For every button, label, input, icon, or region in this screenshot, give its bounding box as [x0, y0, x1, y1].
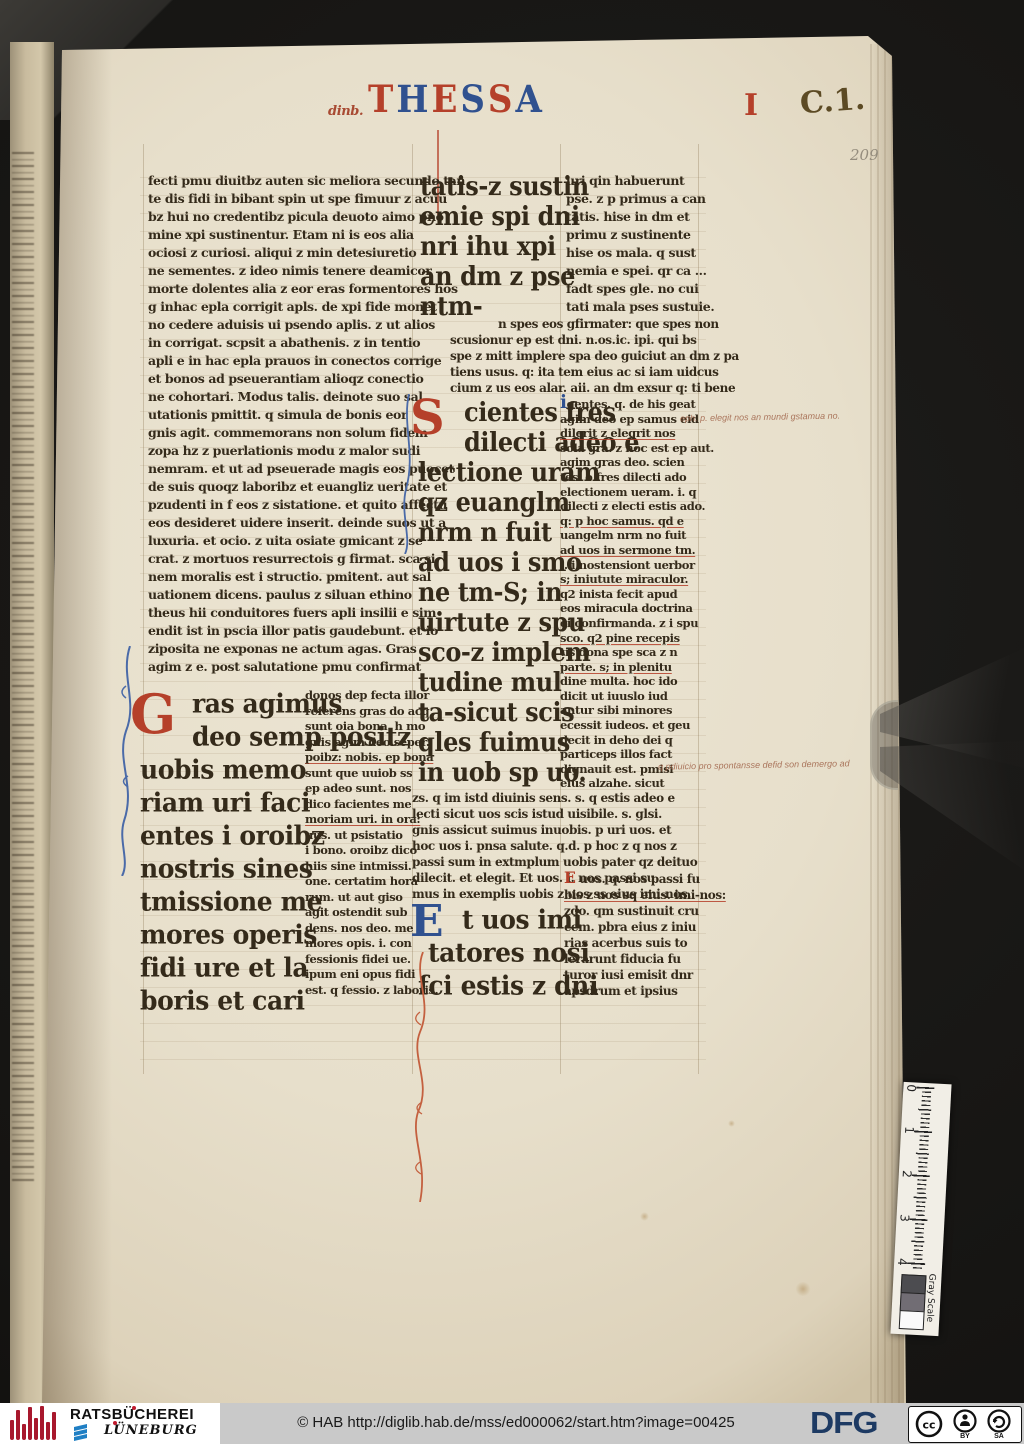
- logo-pipe-icon: [10, 1420, 14, 1440]
- library-logo: RATSBÜCHEREI LÜNEBURG: [0, 1403, 220, 1444]
- facing-page-text-fragments: [12, 152, 34, 1182]
- text-line: ne sementes. z ideo nimis tenere deamico…: [148, 262, 416, 280]
- text-line: uobis memo: [140, 752, 320, 787]
- open-book-icon: [74, 1424, 100, 1441]
- text-line: s; iniutute miraculor.: [560, 572, 710, 587]
- text-line: ne tm-S; in: [418, 576, 578, 608]
- text-line: one. certatim hora: [305, 874, 425, 890]
- text-line: dens. nos deo. me: [305, 921, 425, 937]
- folio-number-pencil: 209: [850, 146, 879, 164]
- text-line: poibz: nobis. ep bona: [305, 750, 425, 766]
- text-line: donos dep fecta illor: [305, 688, 425, 704]
- chapter-numeral: I: [744, 88, 758, 123]
- grayscale-label: Gray Scale: [924, 1273, 937, 1322]
- text-line: tes. o fres dilecti ado: [560, 470, 710, 485]
- dfg-logo: DFG: [810, 1405, 877, 1441]
- text-line: ras agimus: [140, 686, 320, 721]
- text-line: utationis pmittit. q simula de bonis eor: [148, 406, 416, 424]
- text-line: et bonos ad pseuerantiam alioqz conectio: [148, 370, 416, 388]
- text-line: turor iusi emisit dnr: [564, 967, 719, 983]
- text-line: igentes. q. de his geat: [560, 396, 710, 412]
- cc-by-label: BY: [953, 1433, 977, 1440]
- text-line: pzudenti in f eos z sistatione. et quito…: [148, 496, 416, 514]
- text-line: riam uri faci: [140, 785, 320, 820]
- text-line: bz hui no credentibz picula deuoto aimo …: [148, 208, 416, 226]
- foxing-spot: [640, 1212, 649, 1221]
- text-line: dicit ut iuuslo iud: [560, 689, 710, 704]
- text-line: ad uos in sermone tm.: [560, 543, 710, 558]
- text-line: morte dolentes alia z eor eras formentor…: [148, 280, 416, 298]
- logo-pipe-icon: [16, 1410, 20, 1440]
- text-line: ei confirmanda. z i spu: [560, 616, 710, 631]
- text-line: H: [396, 78, 431, 122]
- text-line: agit ostendit sub: [305, 905, 425, 921]
- library-city: LÜNEBURG: [104, 1423, 198, 1438]
- marginal-note: eph. p. elegit nos an mundi gstamua no.: [680, 411, 840, 424]
- credit-url[interactable]: © HAB http://diglib.hab.de/mss/ed000062/…: [236, 1414, 796, 1431]
- text-line: electionem ueram. i. q: [560, 485, 710, 500]
- text-line: sco. q2 pine recepis: [560, 631, 710, 646]
- text-line: emie spi dni: [420, 200, 580, 232]
- text-line: tiens usus. q: ita tem eius ac si iam ui…: [450, 364, 710, 380]
- text-line: entes i oroibz: [140, 818, 320, 853]
- blue-penwork-flourish: [116, 646, 142, 876]
- text-line: no cedere aduisis ui psendo aplis. z ut …: [148, 316, 416, 334]
- text-line: ecessit iudeos. et geu: [560, 718, 710, 733]
- commentary-column: fecti pmu diuitbz auten sic meliora secu…: [148, 172, 416, 676]
- text-line: luxuria. et ocio. z uita osiate gmicant …: [148, 532, 416, 550]
- text-line: fidi ure et la: [140, 950, 320, 985]
- logo-pipe-icon: [46, 1422, 50, 1440]
- text-line: est. q fessio. z laboris.: [305, 983, 425, 999]
- text-line: hiis sine intmissi.: [305, 859, 425, 875]
- text-line: uirtute z spu: [418, 606, 578, 638]
- text-line: uationem dicens. paulus z siluan ethino: [148, 586, 416, 604]
- text-line: deo semp positz: [140, 719, 320, 754]
- text-line: antur sibi minores: [560, 703, 710, 718]
- text-line: S: [488, 78, 516, 122]
- text-line: ziposita ne exponas ne actum agas. Gras: [148, 640, 416, 658]
- text-line: sunt oia bona. h mo: [305, 719, 425, 735]
- text-line: tatis. hise in dm et: [566, 208, 711, 226]
- text-line: te dis fidi in bibant spin ut spe fimuur…: [148, 190, 416, 208]
- text-line: zdo. qm sustinuit cru: [564, 903, 719, 919]
- text-line: dine multa. hoc ido: [560, 674, 710, 689]
- text-line: ad uos i smo: [418, 546, 578, 578]
- text-line: i bono. oroibz dico: [305, 843, 425, 859]
- ruler-number: 3: [897, 1214, 911, 1222]
- text-line: eius alzahe. sicut: [560, 776, 710, 791]
- text-line: parte. s; in plenitu: [560, 660, 710, 675]
- text-line: agim gras deo. scien: [560, 455, 710, 470]
- text-line: ep adeo sunt. nos: [305, 781, 425, 797]
- manuscript-page: dinb. THESSA I C.1. 209 fecti pmu diuitb…: [28, 34, 912, 1403]
- text-line: hise os mala. q sust: [566, 244, 711, 262]
- text-line: endit ist in pscia illor patis gaudebunt…: [148, 622, 416, 640]
- text-line: apsdrum et ipsius: [564, 983, 719, 999]
- text-line: decit in deho dei q: [560, 733, 710, 748]
- svg-text:cc: cc: [922, 1419, 935, 1432]
- text-line: pse. z p primus a can: [566, 190, 711, 208]
- text-line: zopa hz z puerlationis modu z malor sudi: [148, 442, 416, 460]
- text-line: de suis quoqz laboribz et euangliz uerit…: [148, 478, 416, 496]
- logo-pipe-icon: [52, 1412, 56, 1440]
- umlaut-accent: [113, 1421, 117, 1425]
- cc-sa-icon: [987, 1409, 1011, 1433]
- text-line: primu z sustinente: [566, 226, 711, 244]
- umlaut-accent: [132, 1406, 136, 1410]
- ruler-number: 4: [895, 1258, 909, 1266]
- text-line: tati mala pses sustuie.: [566, 298, 711, 316]
- foxing-spot: [795, 1282, 811, 1296]
- text-line: apli e in hac epla prauos in conectos co…: [148, 352, 416, 370]
- cc-logo-icon: cc: [915, 1410, 943, 1438]
- text-line: uri qin habuerunt: [566, 172, 711, 190]
- text-line: agim z e. post salutatione pmu confirmat: [148, 658, 416, 676]
- text-line: cium z us eos alar. aii. an dm exsur q: …: [450, 380, 710, 396]
- running-title: THESSA: [368, 80, 545, 120]
- text-line: cem. pbra eius z iniu: [564, 919, 719, 935]
- marginal-note: q pdiuicio pro spontansse defid son deme…: [658, 758, 850, 771]
- text-line: eos miracula doctrina: [560, 601, 710, 616]
- text-line: qles fuimus: [418, 726, 578, 758]
- text-line: qz euanglm: [418, 486, 578, 518]
- text-line: fadt spes gle. no cui: [566, 280, 711, 298]
- text-line: tis dona spe sca z n: [560, 645, 710, 660]
- text-line: fecti pmu diuitbz auten sic meliora secu…: [148, 172, 416, 190]
- text-line: nemram. et ut ad pseuerade magis eos puo…: [148, 460, 416, 478]
- text-line: fessionis fidei ue.: [305, 952, 425, 968]
- text-line: hoc uos i. pnsa salute. q.d. p hoc z q n…: [412, 838, 672, 854]
- text-line: dilecti adeo e: [418, 426, 578, 458]
- text-line: passi sum in extmplum uobis pater qz dei…: [412, 854, 672, 870]
- text-line: lectione uram: [418, 456, 578, 488]
- text-line: nrm n fuit: [418, 516, 578, 548]
- text-line: i. i nostensiont uerbor: [560, 558, 710, 573]
- running-title-prefix: dinb.: [328, 104, 363, 119]
- gloss-column-right-bottom: E uos. q. nos passi fubis z uos sq eius.…: [564, 870, 719, 999]
- text-line: tatis-z sustin: [420, 170, 580, 202]
- logo-pipe-icon: [28, 1407, 32, 1440]
- text-line: uangelm nrm no fuit: [560, 528, 710, 543]
- text-line: lerarunt fiducia fu: [564, 951, 719, 967]
- text-line: dilecti z electi estis ado.: [560, 499, 710, 514]
- text-line: gnis agim deo seper.: [305, 735, 425, 751]
- text-column-large: ras agimusdeo semp positzuobis memoriam …: [140, 686, 320, 1016]
- text-line: dico facientes me: [305, 797, 425, 813]
- logo-pipe-icon: [34, 1418, 38, 1440]
- text-line: lecti sicut uos scis istud uisibile. s. …: [412, 806, 672, 822]
- footer-bar: RATSBÜCHEREI LÜNEBURG © HAB http://digli…: [0, 1403, 1024, 1444]
- ruler-number: 2: [900, 1170, 914, 1178]
- text-line: sola gra. z hoc est ep aut.: [560, 441, 710, 456]
- text-line: eos desideret uidere inserit. deinde suo…: [148, 514, 416, 532]
- gloss-column-right-main: igentes. q. de his geatagim deo ep samus…: [560, 396, 710, 791]
- text-line: in uob sp uo.: [418, 756, 578, 788]
- text-line: in corrigat. scpsit a abathenis. z in te…: [148, 334, 416, 352]
- text-line: an dm z pse: [420, 260, 580, 292]
- text-line: ipum eni opus fidi: [305, 967, 425, 983]
- bible-text-column-top: tatis-z sustinemie spi dninri ihu xpian …: [420, 170, 580, 320]
- text-line: particeps illos fact: [560, 747, 710, 762]
- text-line: A: [515, 78, 544, 122]
- text-line: gnis assicut suimus inuobis. p uri uos. …: [412, 822, 672, 838]
- ruler-number: 1: [902, 1126, 916, 1134]
- text-line: E uos. q. nos passi fu: [564, 870, 719, 887]
- text-line: n spes eos gfirmater: que spes non: [450, 316, 710, 332]
- interlinear-gloss-column: donos dep fecta illorreferens gras do ac…: [305, 688, 425, 998]
- text-line: mores operis: [140, 917, 320, 952]
- cc-sa-label: SA: [987, 1433, 1011, 1440]
- ruler-number: 0: [904, 1084, 918, 1092]
- text-line: sco-z implem: [418, 636, 578, 668]
- text-line: tudine mul: [418, 666, 578, 698]
- text-line: zs. q im istd diuinis sens. s. q estis a…: [412, 790, 672, 806]
- text-line: rum. ut aut giso: [305, 890, 425, 906]
- logo-pipe-icon: [22, 1424, 26, 1440]
- text-line: boris et cari: [140, 983, 320, 1018]
- logo-pipe-icon: [40, 1406, 44, 1440]
- text-line: nem moralis est i structio. pmitent. aut…: [148, 568, 416, 586]
- foxing-spot: [728, 1120, 735, 1127]
- gloss-column-right-top: uri qin habueruntpse. z p primus a canta…: [566, 172, 711, 316]
- text-line: ociosi z curiosi. aliqui z min detesiure…: [148, 244, 416, 262]
- text-line: theus hii conduitores fuers apli insilii…: [148, 604, 416, 622]
- text-line: S: [460, 78, 488, 122]
- quire-mark: C.1.: [799, 82, 866, 121]
- text-line: crat. z mortuos resurrectois g firmat. s…: [148, 550, 416, 568]
- cc-by-person-icon: [953, 1409, 977, 1433]
- gloss-block: n spes eos gfirmater: que spes nonscusio…: [450, 316, 710, 396]
- text-line: gnis agit. commemorans non solum fidem: [148, 424, 416, 442]
- text-line: mores opis. i. con: [305, 936, 425, 952]
- text-line: dilerit z elegrit nos: [560, 426, 710, 441]
- text-line: T: [368, 78, 396, 122]
- cc-license-badge: cc BY SA: [908, 1406, 1022, 1443]
- text-line: moriam uri. in ora:: [305, 812, 425, 828]
- text-line: cientes fres: [418, 396, 578, 428]
- text-line: nostris sines: [140, 851, 320, 886]
- text-line: referens gras do acq: [305, 704, 425, 720]
- text-line: tmissione me: [140, 884, 320, 919]
- text-line: E: [431, 78, 460, 122]
- text-line: scusionur ep est dni. n.os.ic. ipi. qui …: [450, 332, 710, 348]
- text-line: ne cohortari. Modus talis. deinote suo s…: [148, 388, 416, 406]
- text-line: g inhac epla corrigit apls. de xpi fide …: [148, 298, 416, 316]
- text-line: bis z uos sq eius. imi-nos:: [564, 887, 719, 903]
- bible-text-scientes: cientes fresdilecti adeo electione uramq…: [418, 396, 578, 786]
- grayscale-patch-white: [899, 1310, 925, 1330]
- text-line: ta-sicut scis: [418, 696, 578, 728]
- text-line: q: p hoc samus. qd e: [560, 514, 710, 529]
- text-line: mine xpi sustinentur. Etam ni is eos ali…: [148, 226, 416, 244]
- text-line: rias acerbus suis to: [564, 935, 719, 951]
- text-line: q2 inista fecit apud: [560, 587, 710, 602]
- text-line: spe z mitt implere spa deo guiciut an dm…: [450, 348, 710, 364]
- page-clip: [870, 700, 898, 790]
- text-line: nemia e spei. qr ca ...: [566, 262, 711, 280]
- text-line: uus. ut psistatio: [305, 828, 425, 844]
- text-line: nri ihu xpi: [420, 230, 580, 262]
- text-line: sunt que uuiob ss: [305, 766, 425, 782]
